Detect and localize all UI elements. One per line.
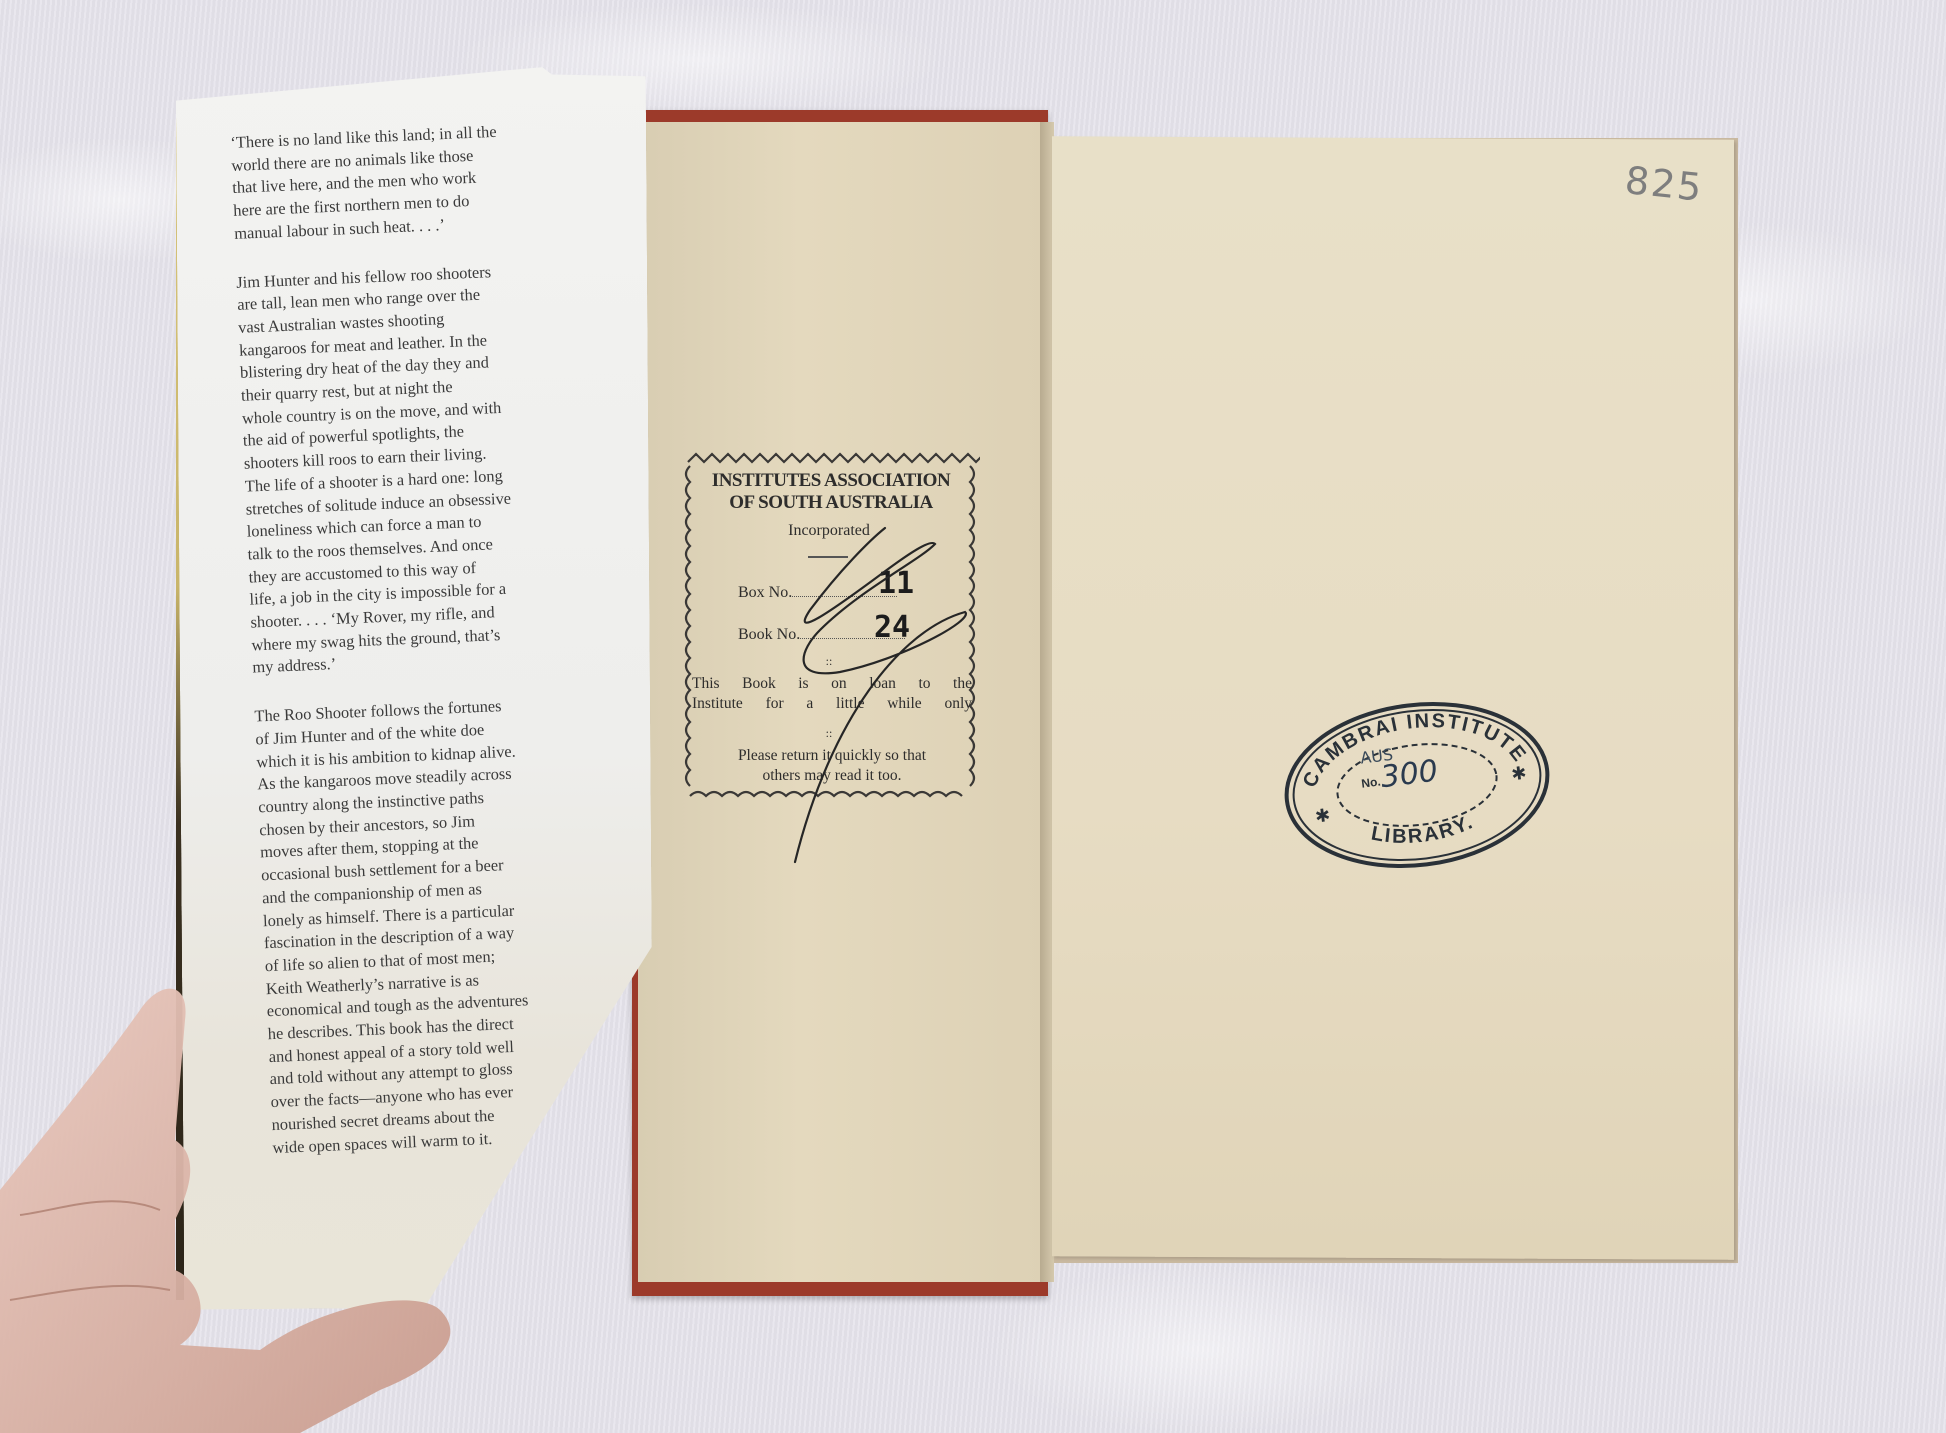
stamp-title: INSTITUTES ASSOCIATION OF SOUTH AUSTRALI…	[688, 470, 974, 514]
star-icon-left: ✱	[1314, 805, 1331, 827]
loan-note-line1: This Book is on loan to the	[692, 674, 972, 694]
book-number-value: 24	[874, 610, 910, 645]
svg-text:LIBRARY.: LIBRARY.	[1367, 810, 1479, 853]
pencil-price-note: 825	[1623, 158, 1706, 210]
loan-note-line2: Institute for a little while only	[692, 694, 972, 714]
stamp-return-note: Please return it quickly so that others …	[692, 746, 972, 786]
stamp-separator: ::	[678, 726, 980, 741]
blurb-paragraph-3: The Roo Shooter follows the fortunes of …	[254, 691, 623, 1159]
blurb-paragraph-2: Jim Hunter and his fellow roo shooters a…	[236, 257, 603, 680]
stamp-divider	[808, 556, 848, 558]
front-flyleaf-page	[1052, 136, 1734, 1260]
box-number-row: Box No.	[738, 584, 897, 602]
stamp-bottom-arc-text: LIBRARY.	[1367, 810, 1479, 853]
jacket-blurb-text: ‘There is no land like this land; in all…	[230, 117, 624, 1185]
stamp-incorporated-label: Incorporated	[678, 522, 980, 540]
institutes-association-stamp: INSTITUTES ASSOCIATION OF SOUTH AUSTRALI…	[678, 446, 980, 818]
book-number-label: Book No.	[738, 626, 800, 643]
blurb-paragraph-quote: ‘There is no land like this land; in all…	[230, 117, 584, 245]
stamp-title-line1: INSTITUTES ASSOCIATION	[688, 470, 974, 492]
star-icon-right: ✱	[1510, 763, 1527, 785]
stamp-loan-note: This Book is on loan to the Institute fo…	[692, 674, 972, 714]
return-note-line1: Please return it quickly so that	[692, 746, 972, 766]
cambrai-institute-library-stamp: CAMBRAI INSTITUTE LIBRARY. ✱ ✱ AUS No. 3…	[1273, 684, 1562, 886]
stamp-title-line2: OF SOUTH AUSTRALIA	[688, 492, 974, 514]
return-note-line2: others may read it too.	[692, 766, 972, 786]
box-number-value: 11	[878, 566, 914, 601]
library-number-value: 300	[1379, 754, 1440, 796]
number-label: No.	[1361, 774, 1382, 790]
box-number-label: Box No.	[738, 584, 792, 601]
stamp-separator: ::	[678, 654, 980, 669]
